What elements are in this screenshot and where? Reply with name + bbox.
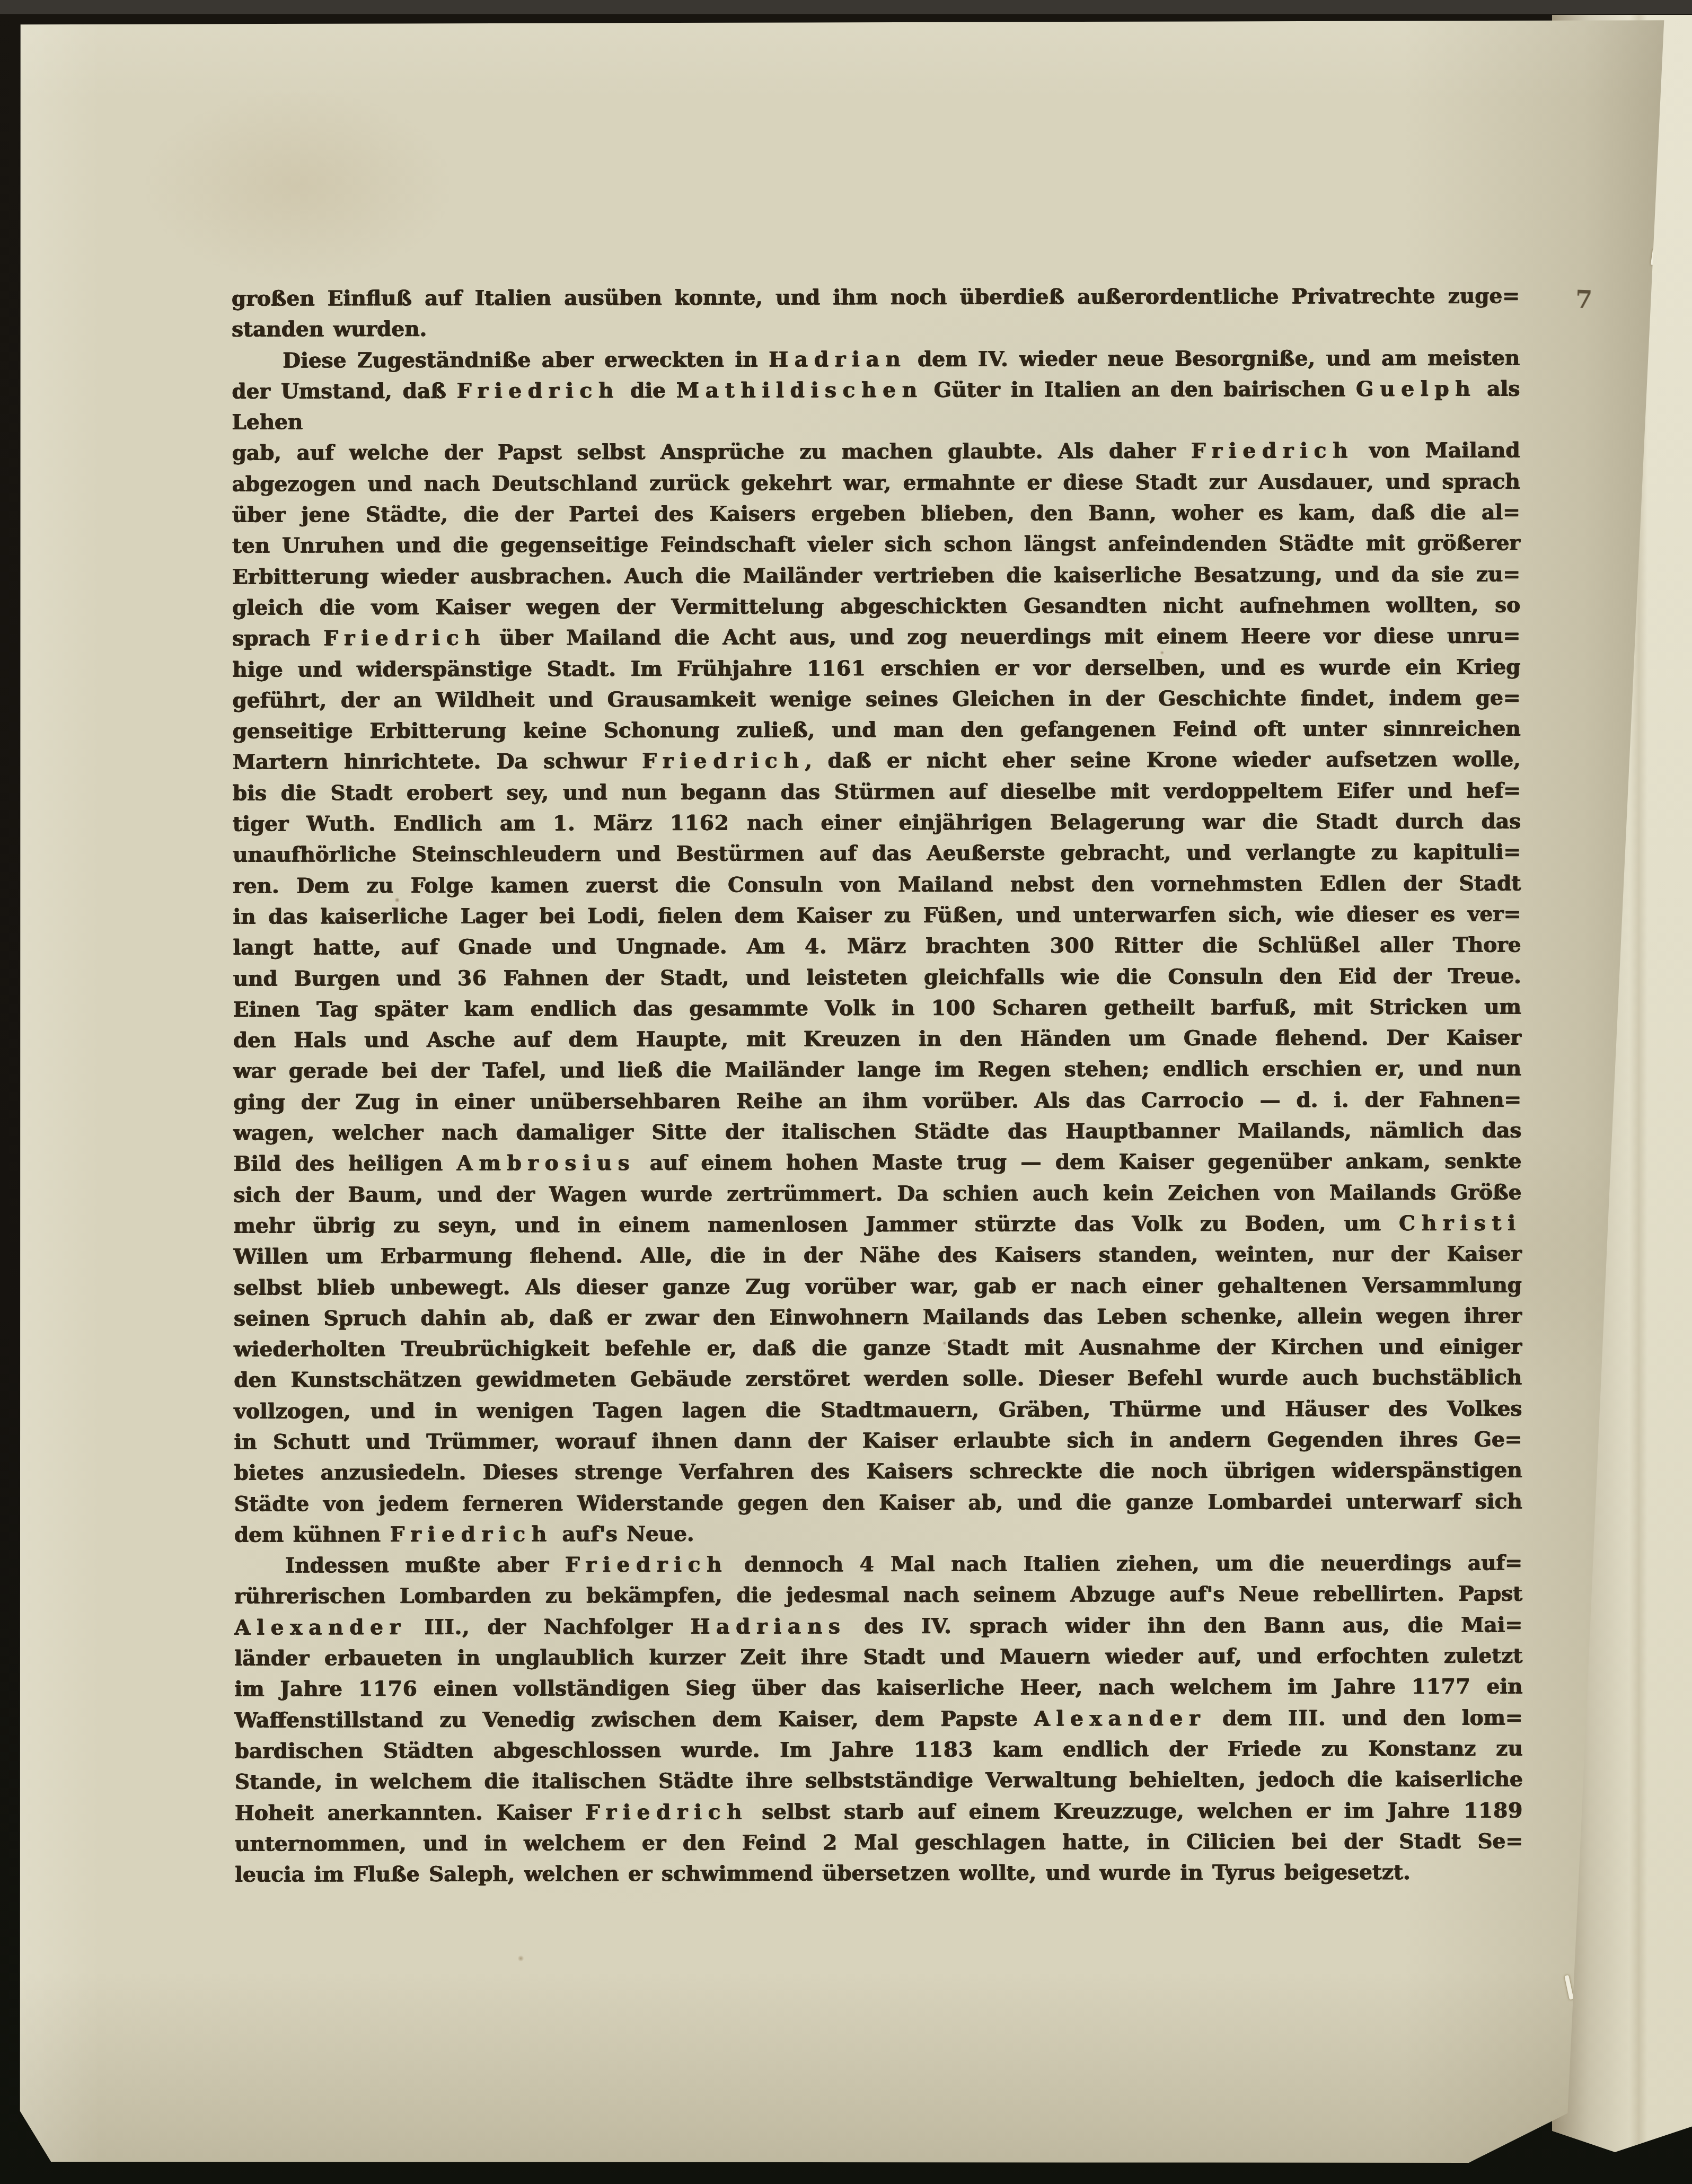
fraktur-text: genseitige Erbitterung keine Schonung zu… xyxy=(233,717,1521,744)
antiqua-number: 1. xyxy=(553,811,575,835)
text-line: tiger Wuth. Endlich am 1. März 1162 nach… xyxy=(233,806,1521,840)
letterspaced-name: Friedrich xyxy=(1191,439,1354,464)
fraktur-text: auf einem hohen Maste trug — dem Kaiser … xyxy=(636,1149,1521,1175)
fraktur-text: den Kunstschätzen gewidmeten Gebäude zer… xyxy=(234,1366,1522,1393)
fraktur-text: erschien er vor derselben, und es wurde … xyxy=(866,655,1521,681)
fraktur-text: einen vollständigen Sieg über das kaiser… xyxy=(417,1675,1411,1701)
fraktur-text: nach einer einjährigen Belagerung war di… xyxy=(729,809,1521,835)
text-line: ging der Zug in einer unübersehbaren Rei… xyxy=(233,1084,1521,1117)
fraktur-text: Indessen mußte aber xyxy=(285,1553,565,1578)
text-line: hige und widerspänstige Stadt. Im Frühja… xyxy=(232,651,1520,685)
letterspaced-name: Friedrich xyxy=(390,1522,552,1547)
antiqua-number: 1161 xyxy=(807,656,866,681)
antiqua-number: 1162 xyxy=(670,811,729,835)
text-line: Willen um Erbarmung flehend. Alle, die i… xyxy=(234,1239,1522,1272)
antiqua-number: III. xyxy=(424,1615,462,1639)
antiqua-number: 4 xyxy=(860,1552,875,1577)
fraktur-text: in Schutt und Trümmer, worauf ihnen dann… xyxy=(234,1427,1522,1454)
fraktur-text: kam endlich der Friede zu Konstanz zu xyxy=(973,1736,1523,1762)
fraktur-text: dennoch xyxy=(728,1552,860,1577)
fraktur-text: von Mailand xyxy=(1354,438,1520,463)
letterspaced-name: Christi xyxy=(1399,1211,1522,1235)
text-line: länder erbaueten in unglaublich kurzer Z… xyxy=(234,1641,1522,1674)
text-line: langt hatte, auf Gnade und Ungnade. Am 4… xyxy=(233,930,1521,963)
fraktur-text: abgezogen und nach Deutschland zurück ge… xyxy=(232,469,1520,496)
text-line: den Kunstschätzen gewidmeten Gebäude zer… xyxy=(234,1362,1522,1396)
text-line: war gerade bei der Tafel, und ließ die M… xyxy=(233,1053,1521,1087)
fraktur-text: mehr übrig zu seyn, und in einem namenlo… xyxy=(234,1211,1399,1238)
antiqua-number: 4. xyxy=(805,934,827,958)
text-line: Bild des heiligen Ambrosius auf einem ho… xyxy=(233,1146,1521,1179)
text-line: geführt, der an Wildheit und Grausamkeit… xyxy=(232,682,1520,716)
fraktur-text: sich der Baum, und der Wagen wurde zertr… xyxy=(233,1180,1521,1207)
fraktur-text: unaufhörliche Steinschleudern und Bestür… xyxy=(233,840,1521,867)
antiqua-number: 1189 xyxy=(1464,1798,1523,1822)
text-line: gab, auf welche der Papst selbst Ansprüc… xyxy=(232,435,1520,469)
fraktur-text: leucia im Fluße Saleph, welchen er schwi… xyxy=(235,1860,1410,1887)
text-line: gleich die vom Kaiser wegen der Vermitte… xyxy=(232,589,1520,623)
text-line: und Burgen und 36 Fahnen der Stadt, und … xyxy=(233,961,1521,994)
antiqua-number: 36 xyxy=(457,966,487,990)
fraktur-text: standen wurden. xyxy=(232,317,427,342)
text-line: mehr übrig zu seyn, und in einem namenlo… xyxy=(233,1208,1521,1241)
text-line: Martern hinrichtete. Da schwur Friedrich… xyxy=(233,744,1521,778)
fraktur-text: Hoheit anerkannten. Kaiser xyxy=(235,1800,585,1825)
fraktur-text: hige und widerspänstige Stadt. Im Frühja… xyxy=(232,656,807,682)
fraktur-text: , daß er nicht eher seine Krone wieder a… xyxy=(805,747,1520,773)
letterspaced-name: Friedrich xyxy=(565,1553,728,1578)
fraktur-text: wieder neue Besorgniße, und am meisten xyxy=(1008,346,1520,371)
text-line: selbst blieb unbewegt. Als dieser ganze … xyxy=(234,1270,1522,1303)
text-line: Erbitterung wieder ausbrachen. Auch die … xyxy=(232,559,1520,592)
fraktur-text: Stande, in welchem die italischen Städte… xyxy=(235,1767,1523,1794)
text-line: Städte von jedem ferneren Widerstande ge… xyxy=(234,1486,1522,1519)
fraktur-text: Diese Zugeständniße aber erweckten in xyxy=(283,347,769,373)
antiqua-number: IV. xyxy=(921,1614,952,1638)
letterspaced-name: Mathildischen xyxy=(676,378,923,403)
fraktur-text: auf's Neue. xyxy=(553,1522,694,1547)
fraktur-text: März brachten xyxy=(827,934,1050,959)
fraktur-text: Bild des heiligen xyxy=(233,1151,456,1176)
fraktur-text: länder erbaueten in unglaublich kurzer Z… xyxy=(234,1644,1522,1671)
binding-thread xyxy=(1564,1975,1573,2000)
text-line: ren. Dem zu Folge kamen zuerst die Consu… xyxy=(233,868,1521,901)
fraktur-text: dem xyxy=(1206,1706,1288,1730)
text-line: dem kühnen Friedrich auf's Neue. xyxy=(234,1517,1522,1550)
fraktur-text: — d. i. der Fahnen= xyxy=(1244,1087,1521,1112)
fraktur-text: im Jahre xyxy=(234,1677,358,1701)
fraktur-text: in das kaiserliche Lager bei Lodi, fiele… xyxy=(233,902,1521,929)
fraktur-text: über jene Städte, die der Partei des Kai… xyxy=(232,500,1520,527)
fraktur-text: Fahnen der Stadt, und leisteten gleichfa… xyxy=(487,964,1521,990)
text-line: Einen Tag später kam endlich das gesammt… xyxy=(233,991,1521,1025)
letterspaced-name: Friedrich xyxy=(642,749,805,774)
fraktur-text: Mal geschlagen hatte, in Cilicien bei de… xyxy=(838,1829,1523,1855)
fraktur-text: ein xyxy=(1470,1675,1522,1699)
letterspaced-name: Friedrich xyxy=(457,378,620,403)
text-line: Stande, in welchem die italischen Städte… xyxy=(235,1764,1523,1798)
text-line: sprach Friedrich über Mailand die Acht a… xyxy=(232,621,1520,654)
fraktur-text: dem xyxy=(906,347,978,371)
letterspaced-name: Hadrian xyxy=(769,347,906,372)
fraktur-text: den Hals und Asche auf dem Haupte, mit K… xyxy=(233,1026,1521,1053)
antiqua-number: 1183 xyxy=(914,1738,973,1762)
text-line: über jene Städte, die der Partei des Kai… xyxy=(232,497,1520,531)
fraktur-text: Erbitterung wieder ausbrachen. Auch die … xyxy=(232,562,1520,589)
signature-mark: 7 xyxy=(1575,285,1593,314)
antiqua-number: Carrocio xyxy=(1141,1088,1244,1112)
fraktur-text: und Burgen und xyxy=(233,966,457,991)
fraktur-text: Scharen getheilt barfuß, mit Stricken um xyxy=(975,994,1521,1020)
fraktur-text: und den lom= xyxy=(1326,1705,1522,1730)
fraktur-text: unternommen, und in welchem er den Feind xyxy=(235,1830,823,1856)
text-line: unaufhörliche Steinschleudern und Bestür… xyxy=(233,837,1521,870)
text-line: seinen Spruch dahin ab, daß er zwar den … xyxy=(234,1300,1522,1334)
letterspaced-name: Friedrich xyxy=(323,626,486,651)
fraktur-text: war gerade bei der Tafel, und ließ die M… xyxy=(233,1056,1521,1084)
fraktur-text: Einen Tag später kam endlich das gesammt… xyxy=(233,996,931,1022)
text-line: Indessen mußte aber Friedrich dennoch 4 … xyxy=(234,1548,1522,1581)
fraktur-text: über Mailand die Acht aus, und zog neuer… xyxy=(486,624,1520,650)
text-line: Hoheit anerkannten. Kaiser Friedrich sel… xyxy=(235,1795,1523,1828)
fraktur-text: sprach wider ihn den Bann aus, die Mai= xyxy=(951,1613,1522,1638)
text-line: Waffenstillstand zu Venedig zwischen dem… xyxy=(234,1702,1522,1736)
fraktur-text: ging der Zug in einer unübersehbaren Rei… xyxy=(233,1088,1141,1115)
fraktur-text: des xyxy=(846,1614,921,1639)
fraktur-text: bardischen Städten abgeschlossen wurde. … xyxy=(235,1738,914,1764)
fraktur-text: sprach xyxy=(232,626,323,650)
text-line: vollzogen, und in wenigen Tagen lagen di… xyxy=(234,1393,1522,1426)
antiqua-number: 2 xyxy=(823,1830,838,1855)
text-line: in das kaiserliche Lager bei Lodi, fiele… xyxy=(233,899,1521,932)
text-line: wagen, welcher nach damaliger Sitte der … xyxy=(233,1115,1521,1148)
antiqua-number: 1176 xyxy=(358,1677,418,1701)
fraktur-text: die xyxy=(620,378,676,403)
fraktur-text: großen Einfluß auf Italien ausüben konnt… xyxy=(232,284,1520,311)
text-line: bietes anzusiedeln. Dieses strenge Verfa… xyxy=(234,1455,1522,1489)
fraktur-text: wiederholten Treubrüchigkeit befehle er,… xyxy=(234,1335,1522,1362)
fraktur-text: März xyxy=(575,811,670,835)
fraktur-text: selbst blieb unbewegt. Als dieser ganze … xyxy=(234,1273,1522,1300)
text-line: genseitige Erbitterung keine Schonung zu… xyxy=(233,714,1521,747)
fraktur-text: Städte von jedem ferneren Widerstande ge… xyxy=(234,1489,1522,1516)
text-line: großen Einfluß auf Italien ausüben konnt… xyxy=(232,280,1520,314)
text-line: Diese Zugeständniße aber erweckten in Ha… xyxy=(232,342,1520,376)
text-line: sich der Baum, und der Wagen wurde zertr… xyxy=(233,1177,1521,1210)
fraktur-text: ren. Dem zu Folge kamen zuerst die Consu… xyxy=(233,871,1521,898)
letterspaced-name: Guelph xyxy=(1356,377,1476,401)
letterspaced-name: Hadrians xyxy=(690,1614,846,1639)
fraktur-text: vollzogen, und in wenigen Tagen lagen di… xyxy=(234,1396,1522,1423)
letterspaced-name: Alexander xyxy=(234,1615,407,1640)
fraktur-text: wagen, welcher nach damaliger Sitte der … xyxy=(233,1118,1521,1145)
text-line: rührerischen Lombarden zu bekämpfen, die… xyxy=(234,1579,1522,1612)
text-line: abgezogen und nach Deutschland zurück ge… xyxy=(232,466,1520,499)
fraktur-text: geführt, der an Wildheit und Grausamkeit… xyxy=(232,685,1520,712)
text-line: wiederholten Treubrüchigkeit befehle er,… xyxy=(234,1332,1522,1365)
fraktur-text: dem kühnen xyxy=(234,1522,390,1547)
fraktur-text: Waffenstillstand zu Venedig zwischen dem… xyxy=(234,1706,1034,1732)
fraktur-text: Güter in Italien an den bairischen xyxy=(923,377,1356,402)
fraktur-text: selbst starb auf einem Kreuzzuge, welche… xyxy=(748,1798,1464,1824)
fraktur-text: bis die Stadt erobert sey, und nun began… xyxy=(233,778,1521,805)
fraktur-text: Willen um Erbarmung flehend. Alle, die i… xyxy=(234,1242,1522,1269)
book-page: 7 großen Einfluß auf Italien ausüben kon… xyxy=(18,14,1667,2165)
fraktur-text: ten Unruhen und die gegenseitige Feindsc… xyxy=(232,531,1520,558)
book-scan: 7 großen Einfluß auf Italien ausüben kon… xyxy=(0,0,1692,2184)
fraktur-text xyxy=(407,1615,425,1640)
fraktur-text: bietes anzusiedeln. Dieses strenge Verfa… xyxy=(234,1458,1522,1485)
text-line: ten Unruhen und die gegenseitige Feindsc… xyxy=(232,528,1520,561)
fraktur-text: , der Nachfolger xyxy=(462,1615,691,1640)
text-line: Alexander III., der Nachfolger Hadrians … xyxy=(234,1609,1522,1643)
text-line: standen wurden. xyxy=(232,312,1520,345)
fraktur-text: Mal nach Italien ziehen, um die neuerdin… xyxy=(874,1551,1522,1577)
fraktur-text: der Umstand, daß xyxy=(232,379,457,404)
text-line: bis die Stadt erobert sey, und nun began… xyxy=(233,775,1521,808)
antiqua-number: 300 xyxy=(1050,934,1095,958)
page-text: großen Einfluß auf Italien ausüben konnt… xyxy=(232,280,1523,1890)
fraktur-text: gleich die vom Kaiser wegen der Vermitte… xyxy=(232,593,1520,620)
fraktur-text: Martern hinrichtete. Da schwur xyxy=(233,749,642,774)
text-line: in Schutt und Trümmer, worauf ihnen dann… xyxy=(234,1424,1522,1457)
fraktur-text: seinen Spruch dahin ab, daß er zwar den … xyxy=(234,1304,1522,1331)
fraktur-text: rührerischen Lombarden zu bekämpfen, die… xyxy=(234,1582,1522,1609)
letterspaced-name: Ambrosius xyxy=(456,1151,636,1176)
text-line: unternommen, und in welchem er den Feind… xyxy=(235,1826,1523,1859)
letterspaced-name: Friedrich xyxy=(585,1800,748,1825)
letterspaced-name: Alexander xyxy=(1034,1706,1206,1731)
text-line: den Hals und Asche auf dem Haupte, mit K… xyxy=(233,1023,1521,1056)
fraktur-text: gab, auf welche der Papst selbst Ansprüc… xyxy=(232,439,1191,465)
text-line: bardischen Städten abgeschlossen wurde. … xyxy=(235,1733,1523,1766)
fraktur-text: langt hatte, auf Gnade und Ungnade. Am xyxy=(233,935,805,960)
antiqua-number: III. xyxy=(1288,1706,1326,1730)
antiqua-number: IV. xyxy=(978,347,1009,371)
text-line: der Umstand, daß Friedrich die Mathildis… xyxy=(232,373,1520,438)
text-line: leucia im Fluße Saleph, welchen er schwi… xyxy=(235,1857,1523,1890)
text-line: im Jahre 1176 einen vollständigen Sieg ü… xyxy=(234,1671,1522,1705)
antiqua-number: 100 xyxy=(931,996,976,1020)
fraktur-text: tiger Wuth. Endlich am xyxy=(233,811,553,836)
fraktur-text: Ritter die Schlüßel aller Thore xyxy=(1094,933,1521,958)
antiqua-number: 1177 xyxy=(1412,1675,1471,1699)
